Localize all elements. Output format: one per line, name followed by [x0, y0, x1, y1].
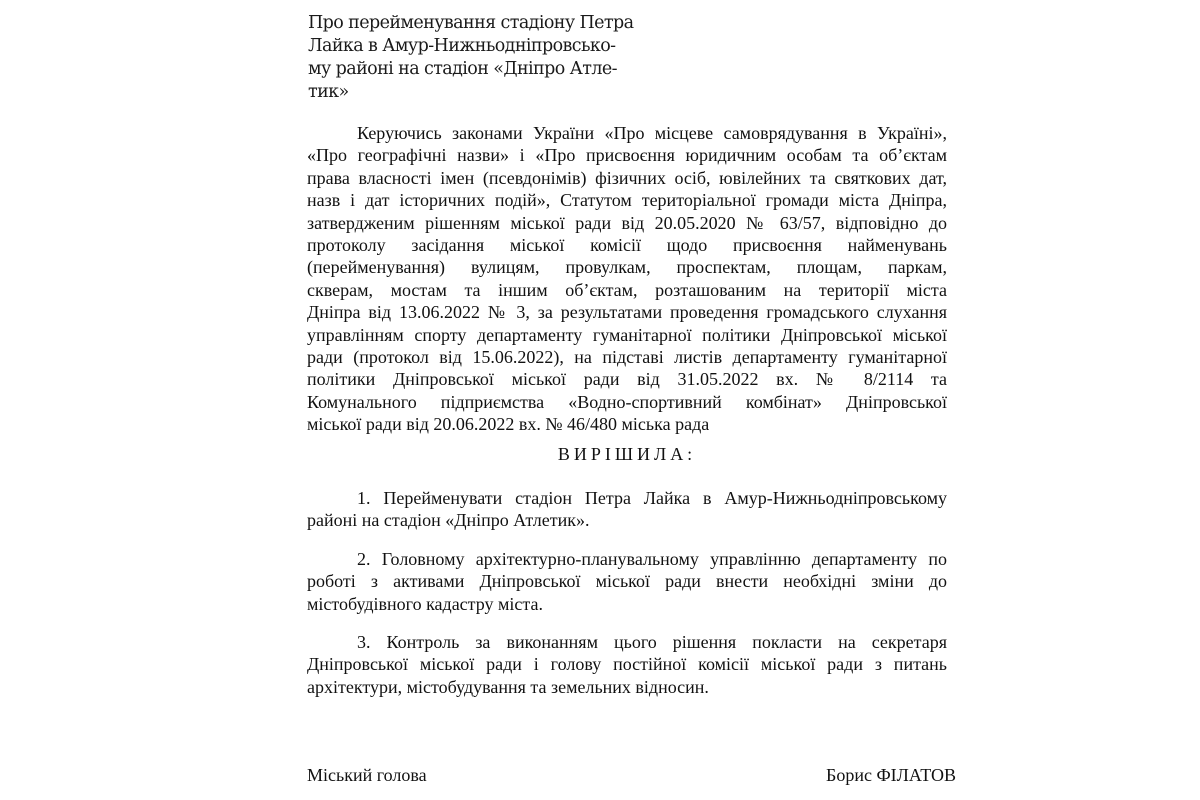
- preamble-line: Керуючись законами України «Про місцеве …: [307, 122, 947, 144]
- preamble-line: скверам, мостам та іншим об’єктам, розта…: [307, 279, 947, 301]
- item-line: Дніпровської міської ради і голову пості…: [307, 653, 947, 675]
- preamble-line: права власності імен (псевдонімів) фізич…: [307, 167, 947, 189]
- preamble-line: ради (протокол від 15.06.2022), на підст…: [307, 346, 947, 368]
- preamble-line: «Про географічні назви» і «Про присвоєнн…: [307, 144, 947, 166]
- item-line: роботі з активами Дніпровської міської р…: [307, 570, 947, 592]
- preamble-line: затвердженим рішенням міської ради від 2…: [307, 212, 947, 234]
- title-line: тик»: [308, 81, 628, 104]
- preamble-line: Дніпра від 13.06.2022 № 3, за результата…: [307, 301, 947, 323]
- item-line: 3. Контроль за виконанням цього рішення …: [307, 631, 947, 653]
- document-title: Про перейменування стадіону Петра Лайка …: [308, 12, 628, 104]
- item-line: 1. Перейменувати стадіон Петра Лайка в А…: [307, 487, 947, 509]
- resolution-item-3: 3. Контроль за виконанням цього рішення …: [307, 631, 947, 698]
- preamble-line: політики Дніпровської міської ради від 3…: [307, 368, 947, 390]
- title-line: Лайка в Амур-Нижньодніпровсько-: [308, 35, 628, 58]
- signature-position: Міський голова: [307, 765, 427, 786]
- resolution-item-1: 1. Перейменувати стадіон Петра Лайка в А…: [307, 487, 947, 532]
- preamble-line: міської ради від 20.06.2022 вх. № 46/480…: [307, 413, 947, 435]
- item-line: районі на стадіон «Дніпро Атлетик».: [307, 509, 947, 531]
- item-line: 2. Головному архітектурно-планувальному …: [307, 548, 947, 570]
- preamble-paragraph: Керуючись законами України «Про місцеве …: [307, 122, 947, 436]
- preamble-line: (перейменування) вулицям, провулкам, про…: [307, 256, 947, 278]
- preamble-line: назв і дат історичних подій», Статутом т…: [307, 189, 947, 211]
- resolution-item-2: 2. Головному архітектурно-планувальному …: [307, 548, 947, 615]
- preamble-line: Комунального підприємства «Водно-спортив…: [307, 391, 947, 413]
- resolved-heading: ВИРІШИЛА:: [307, 444, 947, 465]
- preamble-line: управлінням спорту департаменту гуманіта…: [307, 324, 947, 346]
- title-line: му районі на стадіон «Дніпро Атле-: [308, 58, 628, 81]
- signature-name: Борис ФІЛАТОВ: [826, 765, 956, 786]
- preamble-line: протоколу засідання міської комісії щодо…: [307, 234, 947, 256]
- item-line: архітектури, містобудування та земельних…: [307, 676, 947, 698]
- title-line: Про перейменування стадіону Петра: [308, 12, 628, 35]
- item-line: містобудівного кадастру міста.: [307, 593, 947, 615]
